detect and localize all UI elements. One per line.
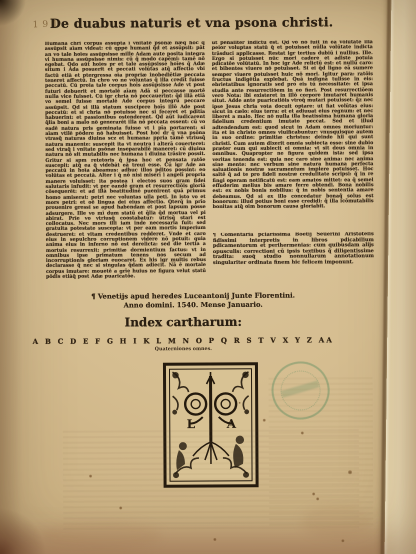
text-column-right-body: ut penaliter indictū est. Qd vo nō fuit … xyxy=(212,40,374,229)
explicit-paragraph: ¶ Cōmentaria pclarissima Boetij Seuerini… xyxy=(213,232,374,277)
foxing-spot xyxy=(213,538,216,541)
text-column-left: Humana chri corpus assūpta ī vnitate psō… xyxy=(45,41,206,291)
foxing-spot xyxy=(119,506,122,509)
printer-device-initial-a: A xyxy=(226,417,237,431)
library-stamp-icon xyxy=(265,355,337,427)
foxing-spot xyxy=(316,497,319,500)
page-content: 191 De duabus naturis et vna psona chris… xyxy=(0,0,416,554)
index-heading: Index cartharum: xyxy=(30,314,336,330)
printer-device-initial-l: L xyxy=(187,417,196,431)
foxing-spot xyxy=(301,432,304,435)
foxing-spot xyxy=(312,492,315,495)
foxing-spot xyxy=(89,475,92,478)
stain xyxy=(41,520,161,551)
colophon-line2: Anno domini. 1540. Mense Januario. xyxy=(40,300,346,311)
foxing-spot xyxy=(348,470,352,474)
collation-note: Quaterniones omnes. xyxy=(30,345,336,353)
collation-alphabet: A B C D E F G H I K L M N O P Q R S T V … xyxy=(30,335,336,346)
book-photo: 191 De duabus naturis et vna psona chris… xyxy=(0,0,416,554)
foxing-spot xyxy=(263,419,266,422)
text-column-right: ut penaliter indictū est. Qd vo nō fuit … xyxy=(212,40,374,279)
printer-device-woodcut-icon: L A xyxy=(162,362,259,489)
foxing-spot xyxy=(239,402,241,404)
stain xyxy=(301,504,371,538)
colophon: ¶ Venetijs apud heredes Luceantonij Junt… xyxy=(40,291,346,311)
running-title: De duabus naturis et vna psona christi. xyxy=(11,14,373,31)
foxing-spot xyxy=(341,539,344,542)
